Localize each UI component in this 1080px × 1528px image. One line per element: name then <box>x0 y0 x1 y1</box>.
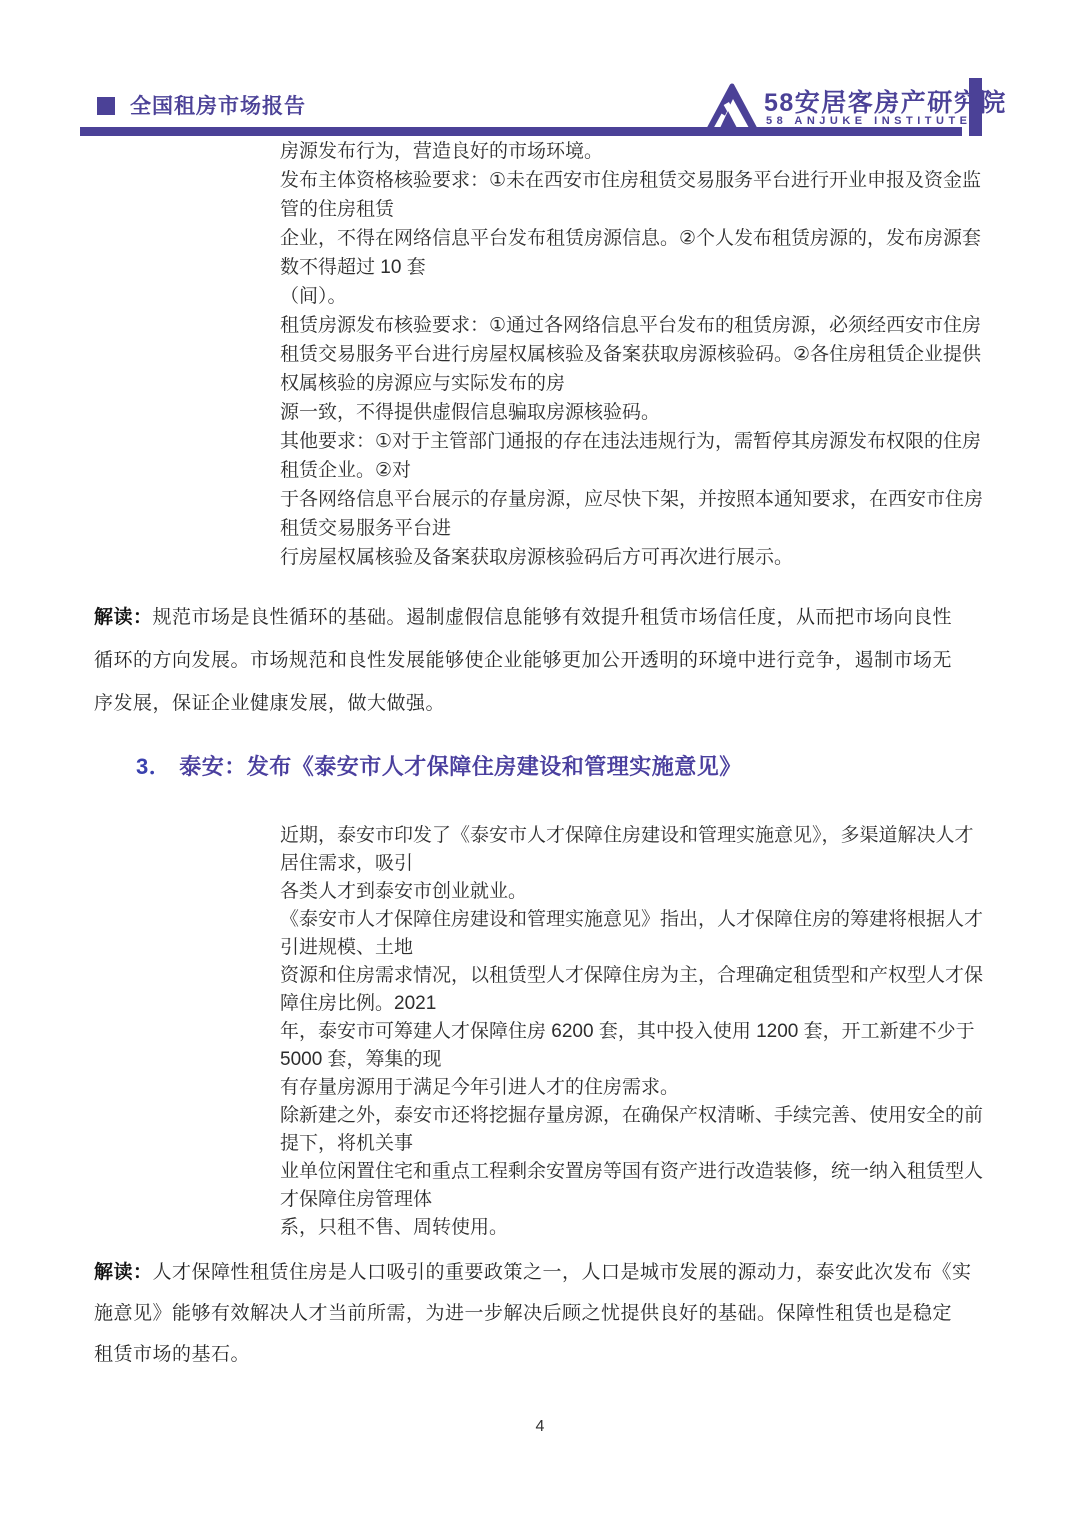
text-line: 引进规模、土地 <box>280 934 992 962</box>
text-line: 于各网络信息平台展示的存量房源，应尽快下架，并按照本通知要求，在西安市住房 <box>280 485 992 514</box>
text-line: 年，泰安市可筹建人才保障住房 6200 套，其中投入使用 1200 套，开工新建… <box>280 1018 992 1046</box>
text-line: 租赁交易服务平台进 <box>280 514 992 543</box>
text-line: 5000 套，筹集的现 <box>280 1046 992 1074</box>
text-segment: 人才保障性租赁住房是人口吸引的重要政策之一，人口是城市发展的源动力，泰安此次发布… <box>153 1262 972 1283</box>
text-line: 除新建之外，泰安市还将挖掘存量房源，在确保产权清晰、手续完善、使用安全的前 <box>280 1102 992 1130</box>
text-line: 租赁企业。②对 <box>280 456 992 485</box>
logo-en-text: 58 ANJUKE INSTITUTE <box>766 115 972 127</box>
text-line: 数不得超过 10 套 <box>280 253 992 282</box>
text-line: （间）。 <box>280 282 992 311</box>
text-line: 业单位闲置住宅和重点工程剩余安置房等国有资产进行改造装修，统一纳入租赁型人 <box>280 1158 992 1186</box>
text-line: 租赁市场的基石。 <box>94 1334 994 1375</box>
header-right-accent-bar <box>969 78 982 136</box>
text-segment: 规范市场是良性循环的基础。遏制虚假信息能够有效提升租赁市场信任度，从而把市场向良… <box>153 607 953 628</box>
text-line: 居住需求，吸引 <box>280 850 992 878</box>
text-line: 资源和住房需求情况，以租赁型人才保障住房为主，合理确定租赁型和产权型人才保 <box>280 962 992 990</box>
text-line: 权属核验的房源应与实际发布的房 <box>280 369 992 398</box>
text-line: 房源发布行为，营造良好的市场环境。 <box>280 137 992 166</box>
section-heading-taian: 3．泰安：发布《泰安市人才保障住房建设和管理实施意见》 <box>136 750 742 781</box>
text-line: 租赁房源发布核验要求：①通过各网络信息平台发布的租赁房源，必须经西安市住房 <box>280 311 992 340</box>
section-number: 3． <box>136 754 171 779</box>
text-line: 提下，将机关事 <box>280 1130 992 1158</box>
text-line: 近期，泰安市印发了《泰安市人才保障住房建设和管理实施意见》，多渠道解决人才 <box>280 822 992 850</box>
text-line: 有存量房源用于满足今年引进人才的住房需求。 <box>280 1074 992 1102</box>
text-line: 各类人才到泰安市创业就业。 <box>280 878 992 906</box>
text-line: 管的住房租赁 <box>280 195 992 224</box>
report-page: 全国租房市场报告 58安居客房产研究院 58 ANJUKE INSTITUTE … <box>0 0 1080 1528</box>
taian-policy-body-text: 近期，泰安市印发了《泰安市人才保障住房建设和管理实施意见》，多渠道解决人才居住需… <box>280 822 992 1242</box>
text-line: 解读：规范市场是良性循环的基础。遏制虚假信息能够有效提升租赁市场信任度，从而把市… <box>94 596 994 639</box>
header-square-marker <box>97 97 115 115</box>
text-line: 源一致，不得提供虚假信息骗取房源核验码。 <box>280 398 992 427</box>
xian-interpretation: 解读：规范市场是良性循环的基础。遏制虚假信息能够有效提升租赁市场信任度，从而把市… <box>94 596 994 725</box>
page-number: 4 <box>0 1418 1080 1436</box>
taian-interpretation: 解读：人才保障性租赁住房是人口吸引的重要政策之一，人口是城市发展的源动力，泰安此… <box>94 1252 994 1375</box>
text-line: 《泰安市人才保障住房建设和管理实施意见》指出，人才保障住房的筹建将根据人才 <box>280 906 992 934</box>
text-line: 解读：人才保障性租赁住房是人口吸引的重要政策之一，人口是城市发展的源动力，泰安此… <box>94 1252 994 1293</box>
interpretation-label: 解读： <box>94 607 153 628</box>
text-line: 企业，不得在网络信息平台发布租赁房源信息。②个人发布租赁房源的，发布房源套 <box>280 224 992 253</box>
text-line: 租赁交易服务平台进行房屋权属核验及备案获取房源核验码。②各住房租赁企业提供 <box>280 340 992 369</box>
text-line: 其他要求：①对于主管部门通报的存在违法违规行为，需暂停其房源发布权限的住房 <box>280 427 992 456</box>
text-line: 系，只租不售、周转使用。 <box>280 1214 992 1242</box>
interpretation-label: 解读： <box>94 1262 153 1283</box>
text-line: 施意见》能够有效解决人才当前所需，为进一步解决后顾之忧提供良好的基础。保障性租赁… <box>94 1293 994 1334</box>
text-line: 循环的方向发展。市场规范和良性发展能够使企业能够更加公开透明的环境中进行竞争，遏… <box>94 639 994 682</box>
text-line: 序发展，保证企业健康发展，做大做强。 <box>94 682 994 725</box>
section-title: 泰安：发布《泰安市人才保障住房建设和管理实施意见》 <box>179 754 742 779</box>
text-line: 障住房比例。2021 <box>280 990 992 1018</box>
header-divider-line <box>80 127 962 136</box>
xian-policy-body-text: 房源发布行为，营造良好的市场环境。发布主体资格核验要求：①未在西安市住房租赁交易… <box>280 137 992 572</box>
text-line: 行房屋权属核验及备案获取房源核验码后方可再次进行展示。 <box>280 543 992 572</box>
report-header-title: 全国租房市场报告 <box>130 90 306 120</box>
text-line: 发布主体资格核验要求：①未在西安市住房租赁交易服务平台进行开业申报及资金监 <box>280 166 992 195</box>
text-line: 才保障住房管理体 <box>280 1186 992 1214</box>
